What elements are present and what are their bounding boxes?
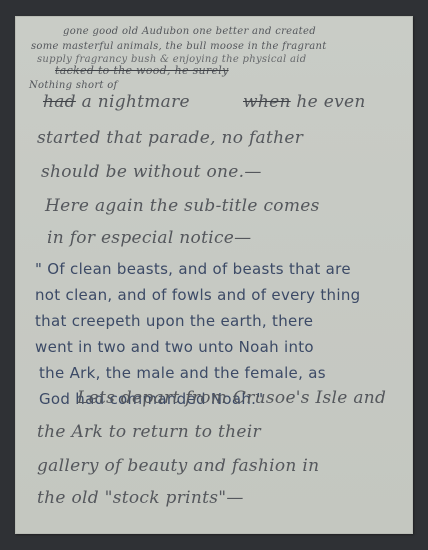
manuscript-line-6: had a nightmare xyxy=(43,92,190,112)
manuscript-line-13: gallery of beauty and fashion in xyxy=(37,456,319,476)
manuscript-line-2: some masterful animals, the bull moose i… xyxy=(31,41,327,52)
quote-line-5: the Ark, the male and the female, as xyxy=(39,364,326,382)
manuscript-line-14: the old "stock prints"— xyxy=(37,488,244,508)
manuscript-line-9: Here again the sub-title comes xyxy=(45,196,320,216)
quote-line-1: " Of clean beasts, and of beasts that ar… xyxy=(35,260,351,278)
manuscript-line-8: should be without one.— xyxy=(41,162,262,182)
manuscript-line-5: Nothing short of xyxy=(29,80,118,91)
line-segment: a nightmare xyxy=(76,92,190,112)
struck-word: had xyxy=(43,92,76,112)
line-segment: he even xyxy=(291,92,366,112)
manuscript-line-11: Lets depart from Crusoe's Isle and xyxy=(77,388,386,408)
manuscript-line-12: the Ark to return to their xyxy=(37,422,261,442)
quote-line-4: went in two and two unto Noah into xyxy=(35,338,314,356)
manuscript-line-1: gone good old Audubon one better and cre… xyxy=(63,26,316,37)
manuscript-line-6b: when he even xyxy=(243,92,366,112)
manuscript-line-10: in for especial notice— xyxy=(47,228,251,248)
quote-line-3: that creepeth upon the earth, there xyxy=(35,312,313,330)
quote-line-2: not clean, and of fowls and of every thi… xyxy=(35,286,360,304)
manuscript-line-7: started that parade, no father xyxy=(37,128,303,148)
manuscript-line-4-struck: tacked to the wood, he surely xyxy=(55,64,229,77)
manuscript-page: gone good old Audubon one better and cre… xyxy=(15,16,413,534)
struck-word: when xyxy=(243,92,291,112)
